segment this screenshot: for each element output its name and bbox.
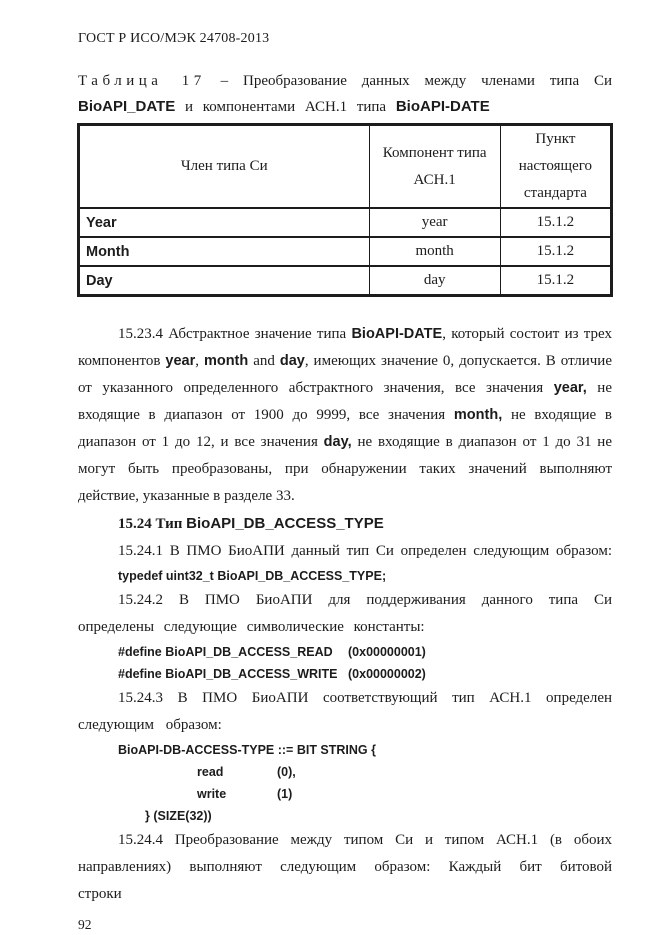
text-segment: BioAPI-DATE — [351, 326, 442, 342]
text-segment: 15.23.4 Абстрактное значение типа — [118, 326, 351, 342]
column-header-c-member: Член типа Си — [79, 125, 370, 209]
asn-close-line: } (SIZE(32)) — [118, 805, 612, 827]
section-heading-15-24: 15.24 Тип BioAPI_DB_ACCESS_TYPE — [78, 510, 612, 538]
asn-entry-name: write — [197, 783, 277, 805]
asn-open-line: BioAPI-DB-ACCESS-TYPE ::= BIT STRING { — [118, 739, 612, 761]
table-row: Month month 15.1.2 — [79, 237, 612, 266]
text-segment: 15.24 Тип — [118, 516, 186, 532]
text-segment: BioAPI_DATE — [78, 98, 175, 115]
cell-c-member: Month — [79, 237, 370, 266]
asn-entry-read: read(0), — [118, 761, 612, 783]
text-segment: BioAPI_DB_ACCESS_TYPE — [186, 515, 384, 532]
text-segment: day — [280, 353, 305, 369]
paragraph-15-24-4: 15.24.4 Преобразование между типом Си и … — [78, 827, 612, 908]
code-defines-block: #define BioAPI_DB_ACCESS_READ(0x00000001… — [118, 641, 612, 685]
table-row: Year year 15.1.2 — [79, 208, 612, 237]
table-row: Day day 15.1.2 — [79, 266, 612, 296]
text-segment: BioAPI-DATE — [396, 98, 490, 115]
column-header-clause: Пункт настоящего стандарта — [500, 125, 611, 209]
define-value: (0x00000001) — [348, 645, 426, 659]
table-caption: Таблица 17 – Преобразование данных между… — [78, 68, 612, 120]
text-segment: and — [248, 353, 280, 369]
text-segment: – Преобразование данных между членами ти… — [206, 73, 612, 89]
cell-c-member: Day — [79, 266, 370, 296]
paragraph-15-24-3: 15.24.3 В ПМО БиоАПИ соответствующий тип… — [78, 685, 612, 739]
paragraph-15-24-1: 15.24.1 В ПМО БиоАПИ данный тип Си опред… — [78, 538, 612, 565]
cell-asn-component: day — [369, 266, 500, 296]
cell-clause: 15.1.2 — [500, 208, 611, 237]
doc-header: ГОСТ Р ИСО/МЭК 24708-2013 — [78, 30, 612, 47]
document-page: ГОСТ Р ИСО/МЭК 24708-2013 Таблица 17 – П… — [0, 0, 662, 935]
text-segment: month, — [454, 407, 502, 423]
cell-c-member: Year — [79, 208, 370, 237]
asn-entry-value: (0), — [277, 765, 296, 779]
text-segment: day, — [324, 434, 352, 450]
text-segment: и компонентами АСН.1 типа — [175, 99, 396, 115]
conversion-table: Член типа Си Компонент типа АСН.1 Пункт … — [77, 123, 613, 297]
page-number: 92 — [78, 917, 612, 933]
paragraph-15-24-2: 15.24.2 В ПМО БиоАПИ для поддерживания д… — [78, 587, 612, 641]
cell-clause: 15.1.2 — [500, 237, 611, 266]
cell-asn-component: month — [369, 237, 500, 266]
define-value: (0x00000002) — [348, 667, 426, 681]
code-typedef-line: typedef uint32_t BioAPI_DB_ACCESS_TYPE; — [118, 565, 612, 587]
define-name: #define BioAPI_DB_ACCESS_READ — [118, 641, 348, 663]
column-header-asn-component: Компонент типа АСН.1 — [369, 125, 500, 209]
code-define-read-line: #define BioAPI_DB_ACCESS_READ(0x00000001… — [118, 641, 612, 663]
asn-entry-name: read — [197, 761, 277, 783]
code-asn-block: BioAPI-DB-ACCESS-TYPE ::= BIT STRING { r… — [118, 739, 612, 827]
text-segment: year, — [554, 380, 587, 396]
text-segment: month — [204, 353, 248, 369]
cell-clause: 15.1.2 — [500, 266, 611, 296]
text-segment: Таблица 17 — [78, 73, 206, 89]
cell-asn-component: year — [369, 208, 500, 237]
define-name: #define BioAPI_DB_ACCESS_WRITE — [118, 663, 348, 685]
paragraph-15-23-4: 15.23.4 Абстрактное значение типа BioAPI… — [78, 321, 612, 510]
asn-entry-write: write(1) — [118, 783, 612, 805]
code-define-write-line: #define BioAPI_DB_ACCESS_WRITE(0x0000000… — [118, 663, 612, 685]
table-header-row: Член типа Си Компонент типа АСН.1 Пункт … — [79, 125, 612, 209]
asn-entry-value: (1) — [277, 787, 292, 801]
text-segment: year — [165, 353, 195, 369]
text-segment: , — [195, 353, 204, 369]
